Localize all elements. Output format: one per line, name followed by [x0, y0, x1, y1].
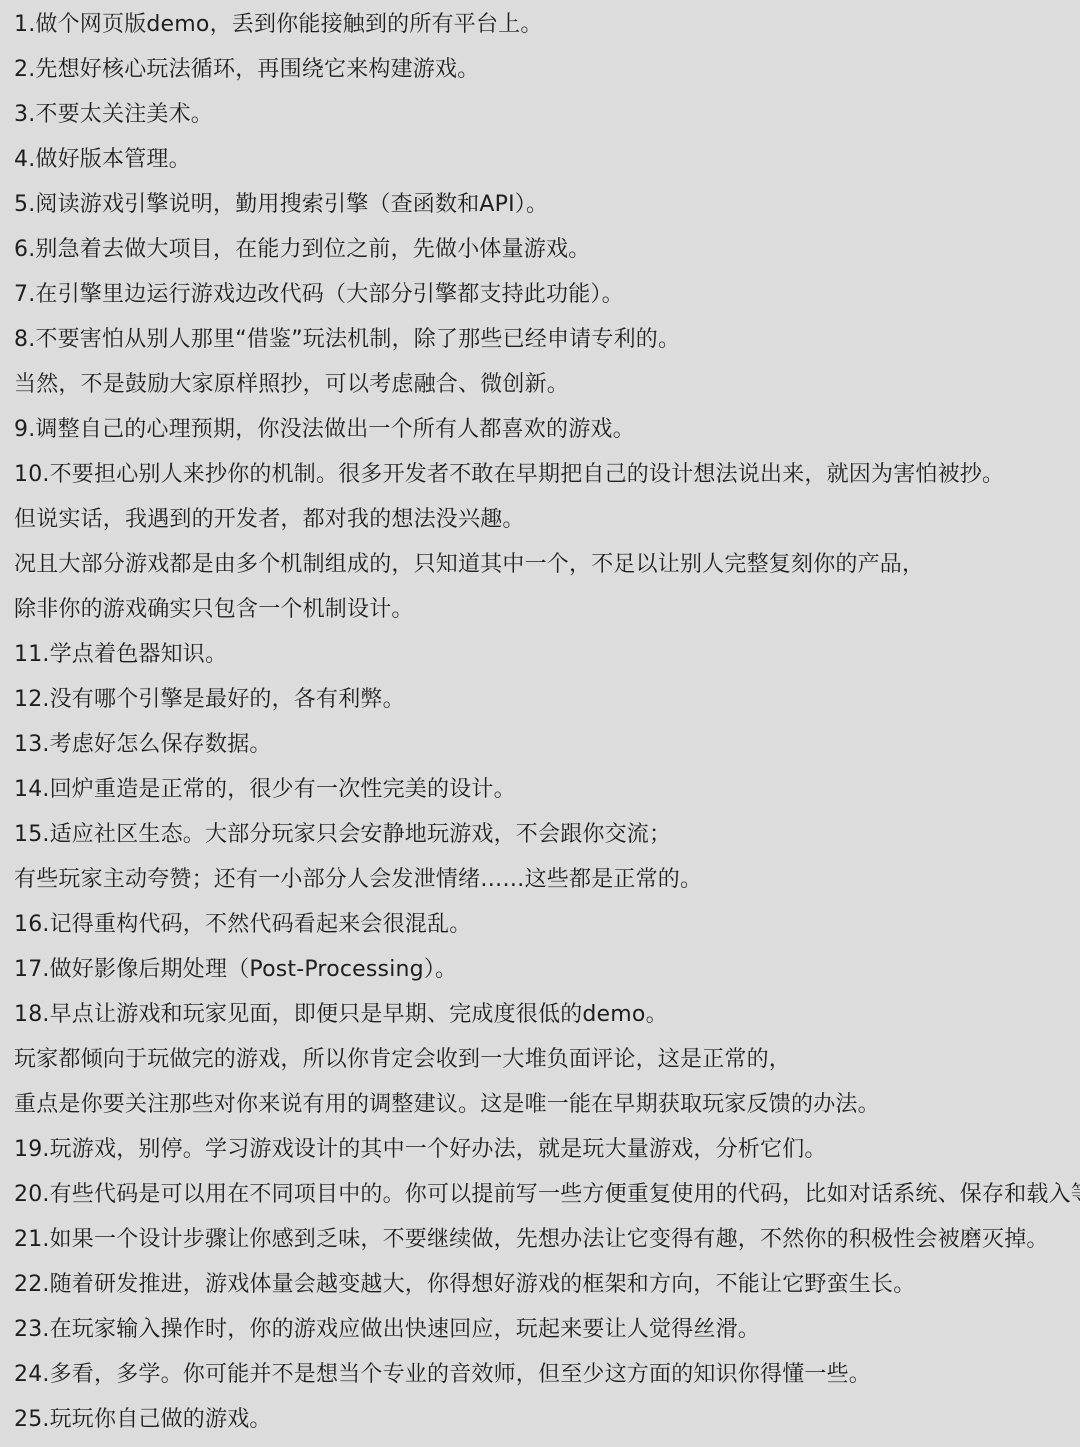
tip-line: 23.在玩家输入操作时，你的游戏应做出快速回应，玩起来要让人觉得丝滑。	[14, 1307, 1074, 1352]
tip-line: 24.多看，多学。你可能并不是想当个专业的音效师，但至少这方面的知识你得懂一些。	[14, 1352, 1074, 1397]
tip-line: 玩家都倾向于玩做完的游戏，所以你肯定会收到一大堆负面评论，这是正常的，	[14, 1037, 1074, 1082]
tip-line: 20.有些代码是可以用在不同项目中的。你可以提前写一些方便重复使用的代码，比如对…	[14, 1172, 1074, 1217]
tip-line: 4.做好版本管理。	[14, 137, 1074, 182]
tip-line: 7.在引擎里边运行游戏边改代码（大部分引擎都支持此功能）。	[14, 272, 1074, 317]
tip-line: 12.没有哪个引擎是最好的，各有利弊。	[14, 677, 1074, 722]
tip-line: 2.先想好核心玩法循环，再围绕它来构建游戏。	[14, 47, 1074, 92]
tip-line: 22.随着研发推进，游戏体量会越变越大，你得想好游戏的框架和方向，不能让它野蛮生…	[14, 1262, 1074, 1307]
tip-line: 17.做好影像后期处理（Post-Processing）。	[14, 947, 1074, 992]
tip-line: 除非你的游戏确实只包含一个机制设计。	[14, 587, 1074, 632]
tip-line: 13.考虑好怎么保存数据。	[14, 722, 1074, 767]
tip-line: 但说实话，我遇到的开发者，都对我的想法没兴趣。	[14, 497, 1074, 542]
tip-line: 16.记得重构代码，不然代码看起来会很混乱。	[14, 902, 1074, 947]
tip-line: 15.适应社区生态。大部分玩家只会安静地玩游戏，不会跟你交流；	[14, 812, 1074, 857]
tip-line: 19.玩游戏，别停。学习游戏设计的其中一个好办法，就是玩大量游戏，分析它们。	[14, 1127, 1074, 1172]
page: { "page": { "background_color": "#dcdcdc…	[0, 0, 1080, 1447]
tip-line: 8.不要害怕从别人那里“借鉴”玩法机制，除了那些已经申请专利的。	[14, 317, 1074, 362]
tip-line: 14.回炉重造是正常的，很少有一次性完美的设计。	[14, 767, 1074, 812]
tip-line: 况且大部分游戏都是由多个机制组成的，只知道其中一个，不足以让别人完整复刻你的产品…	[14, 542, 1074, 587]
tip-line: 11.学点着色器知识。	[14, 632, 1074, 677]
tip-line: 21.如果一个设计步骤让你感到乏味，不要继续做，先想办法让它变得有趣，不然你的积…	[14, 1217, 1074, 1262]
tip-line: 有些玩家主动夸赞；还有一小部分人会发泄情绪……这些都是正常的。	[14, 857, 1074, 902]
tip-line: 5.阅读游戏引擎说明，勤用搜索引擎（查函数和API）。	[14, 182, 1074, 227]
tip-line: 3.不要太关注美术。	[14, 92, 1074, 137]
tip-line: 10.不要担心别人来抄你的机制。很多开发者不敢在早期把自己的设计想法说出来，就因…	[14, 452, 1074, 497]
tip-line: 9.调整自己的心理预期，你没法做出一个所有人都喜欢的游戏。	[14, 407, 1074, 452]
tip-line: 当然，不是鼓励大家原样照抄，可以考虑融合、微创新。	[14, 362, 1074, 407]
tip-line: 6.别急着去做大项目，在能力到位之前，先做小体量游戏。	[14, 227, 1074, 272]
tips-document: 1.做个网页版demo，丢到你能接触到的所有平台上。2.先想好核心玩法循环，再围…	[0, 0, 1080, 1447]
tip-line: 25.玩玩你自己做的游戏。	[14, 1397, 1074, 1442]
tip-line: 18.早点让游戏和玩家见面，即便只是早期、完成度很低的demo。	[14, 992, 1074, 1037]
tip-line: 重点是你要关注那些对你来说有用的调整建议。这是唯一能在早期获取玩家反馈的办法。	[14, 1082, 1074, 1127]
tip-line: 1.做个网页版demo，丢到你能接触到的所有平台上。	[14, 2, 1074, 47]
